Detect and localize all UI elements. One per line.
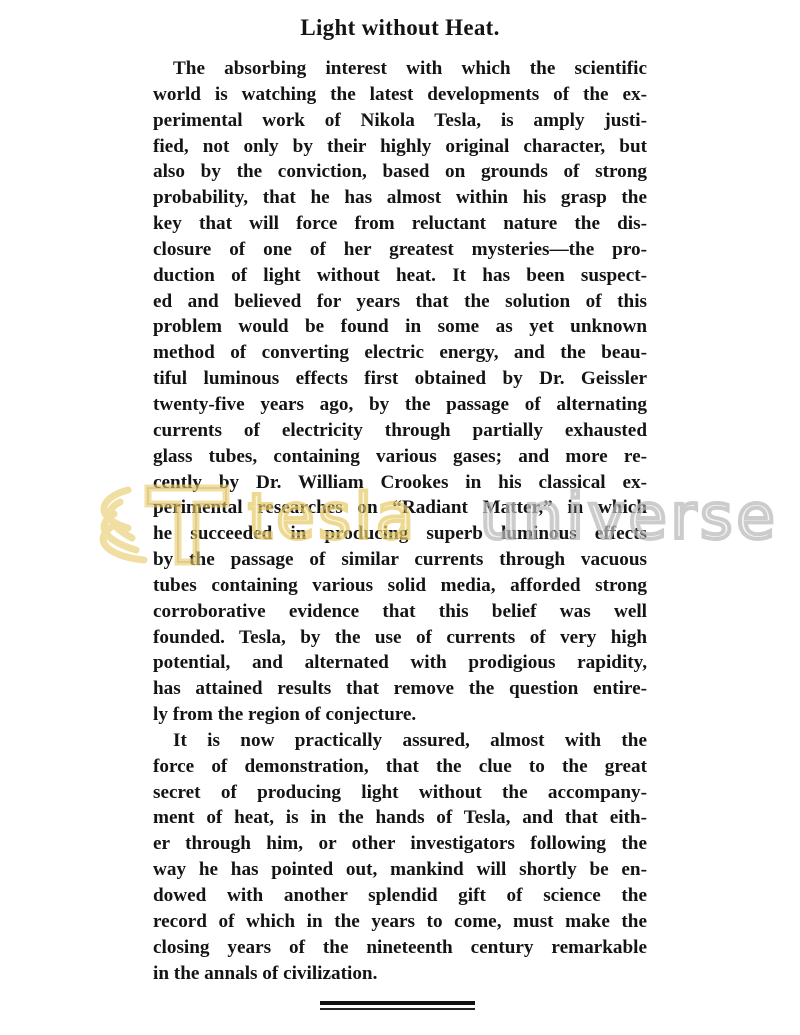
text-line: closure of one of her greatest mysteries… <box>153 237 647 263</box>
text-line: ed and believed for years that the solut… <box>153 289 647 315</box>
text-line: perimental researches on “Radiant Matter… <box>153 495 647 521</box>
text-line: secret of producing light without the ac… <box>153 780 647 806</box>
text-line: ment of heat, is in the hands of Tesla, … <box>153 805 647 831</box>
article: Light without Heat. The absorbing intere… <box>153 14 647 986</box>
rule-thick-line <box>320 1001 475 1005</box>
paragraph-2: It is now practically assured, almost wi… <box>153 728 647 986</box>
text-line: fied, not only by their highly original … <box>153 134 647 160</box>
text-line: key that will force from reluctant natur… <box>153 211 647 237</box>
text-line: twenty-five years ago, by the passage of… <box>153 392 647 418</box>
text-line: by the passage of similar currents throu… <box>153 547 647 573</box>
text-line: probability, that he has almost within h… <box>153 185 647 211</box>
text-line: cently by Dr. William Crookes in his cla… <box>153 470 647 496</box>
text-line: It is now practically assured, almost wi… <box>153 728 647 754</box>
text-line: potential, and alternated with prodigiou… <box>153 650 647 676</box>
paragraph-1: The absorbing interest with which the sc… <box>153 56 647 728</box>
text-line: force of demonstration, that the clue to… <box>153 754 647 780</box>
text-line: ly from the region of conjecture. <box>153 702 647 728</box>
text-line: problem would be found in some as yet un… <box>153 314 647 340</box>
text-line: record of which in the years to come, mu… <box>153 909 647 935</box>
text-line: currents of electricity through partiall… <box>153 418 647 444</box>
text-line: in the annals of civilization. <box>153 961 647 987</box>
text-line: he succeeded in producing superb luminou… <box>153 521 647 547</box>
text-line: has attained results that remove the que… <box>153 676 647 702</box>
text-line: perimental work of Nikola Tesla, is ampl… <box>153 108 647 134</box>
text-line: glass tubes, containing various gases; a… <box>153 444 647 470</box>
text-line: closing years of the nineteenth century … <box>153 935 647 961</box>
article-title: Light without Heat. <box>153 14 647 42</box>
text-line: The absorbing interest with which the sc… <box>153 56 647 82</box>
text-line: tubes containing various solid media, af… <box>153 573 647 599</box>
text-line: founded. Tesla, by the use of currents o… <box>153 625 647 651</box>
text-line: world is watching the latest development… <box>153 82 647 108</box>
end-rule-divider <box>320 1001 475 1010</box>
text-line: method of converting electric energy, an… <box>153 340 647 366</box>
text-line: er through him, or other investigators f… <box>153 831 647 857</box>
rule-thin-line <box>320 1008 475 1010</box>
text-line: corroborative evidence that this belief … <box>153 599 647 625</box>
text-line: tiful luminous effects first obtained by… <box>153 366 647 392</box>
text-line: also by the conviction, based on grounds… <box>153 159 647 185</box>
text-line: duction of light without heat. It has be… <box>153 263 647 289</box>
text-line: dowed with another splendid gift of scie… <box>153 883 647 909</box>
text-line: way he has pointed out, mankind will sho… <box>153 857 647 883</box>
